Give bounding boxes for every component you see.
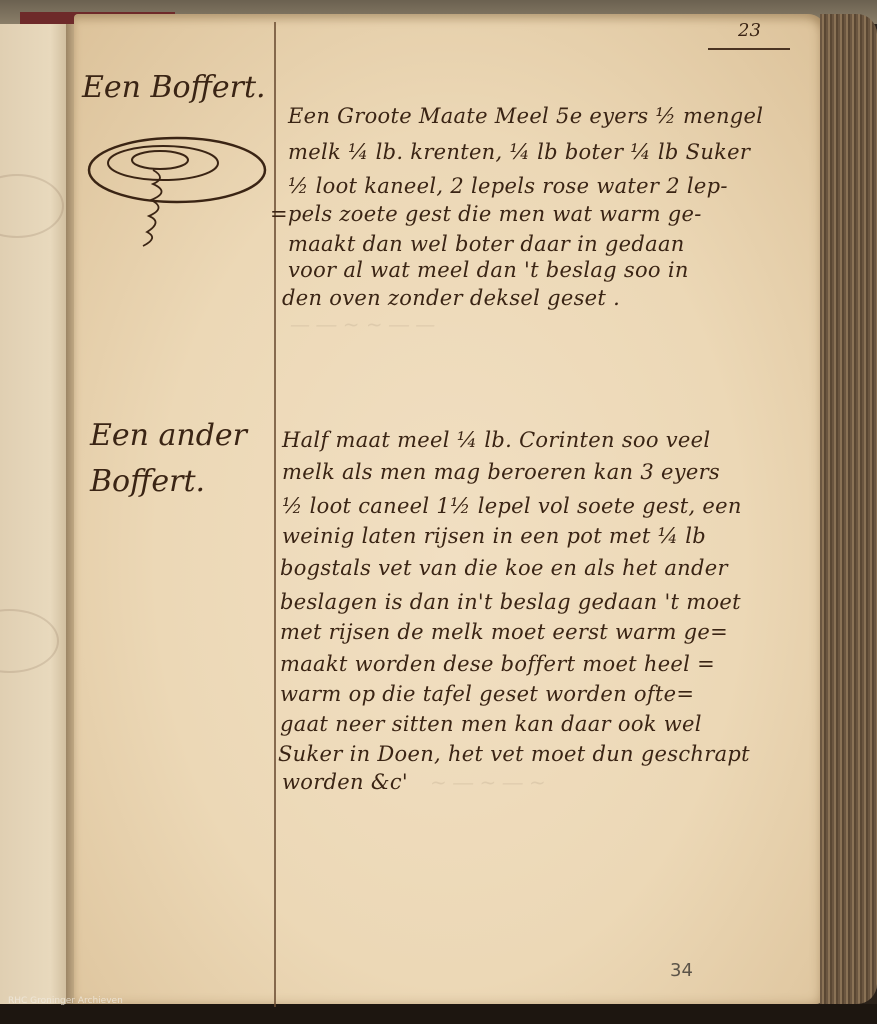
recipe-1-line: Een Groote Maate Meel 5e eyers ½ mengel: [288, 104, 763, 128]
recipe-2-line: worden &c': [282, 770, 408, 794]
bleed-through-oval: [0, 174, 64, 238]
recipe-2-line: melk als men mag beroeren kan 3 eyers: [282, 460, 720, 484]
recipe-2-line: weinig laten rijsen in een pot met ¼ lb: [282, 524, 706, 548]
recipe-2-line: Suker in Doen, het vet moet dun geschrap…: [278, 742, 750, 766]
folio-number: 23: [738, 20, 761, 41]
recipe-1-line: den oven zonder deksel geset .: [282, 286, 620, 310]
recipe-2-line: beslagen is dan in't beslag gedaan 't mo…: [280, 590, 741, 614]
recipe-2-line: ½ loot caneel 1½ lepel vol soete gest, e…: [282, 494, 742, 518]
flourish-icon: [85, 130, 285, 290]
recipe-1-title: Een Boffert.: [82, 70, 266, 105]
folio-underline: [708, 48, 790, 50]
recipe-2-line: bogstals vet van die koe en als het ande…: [280, 556, 728, 580]
pencil-page-number: 34: [670, 960, 693, 981]
recipe-2-title: Boffert.: [90, 464, 205, 499]
bleed-through-text: ~ ― ~ ― ~: [430, 770, 546, 794]
recipe-1-line: maakt dan wel boter daar in gedaan: [288, 232, 685, 256]
recipe-2-line: met rijsen de melk moet eerst warm ge=: [280, 620, 728, 644]
recipe-1-line: voor al wat meel dan 't beslag soo in: [288, 258, 689, 282]
bleed-through-oval: [0, 609, 59, 673]
recipe-1-line: melk ¼ lb. krenten, ¼ lb boter ¼ lb Suke…: [288, 140, 750, 164]
archive-watermark: RHC Groninger Archieven: [8, 996, 123, 1006]
facing-page-left: [0, 24, 72, 1004]
recipe-2-line: maakt worden dese boffert moet heel =: [280, 652, 715, 676]
bleed-through-text: — ― ~ ~ ― —: [290, 312, 435, 336]
recipe-2-line: gaat neer sitten men kan daar ook wel: [280, 712, 702, 736]
recipe-2-line: Half maat meel ¼ lb. Corinten soo veel: [282, 428, 710, 452]
background-bottom: [0, 1004, 877, 1024]
recipe-2-line: warm op die tafel geset worden ofte=: [280, 682, 694, 706]
page-edges: [820, 14, 877, 1004]
recipe-1-line: =pels zoete gest die men wat warm ge-: [270, 202, 702, 226]
recipe-2-title: Een ander: [90, 418, 247, 453]
recipe-1-line: ½ loot kaneel, 2 lepels rose water 2 lep…: [288, 174, 728, 198]
